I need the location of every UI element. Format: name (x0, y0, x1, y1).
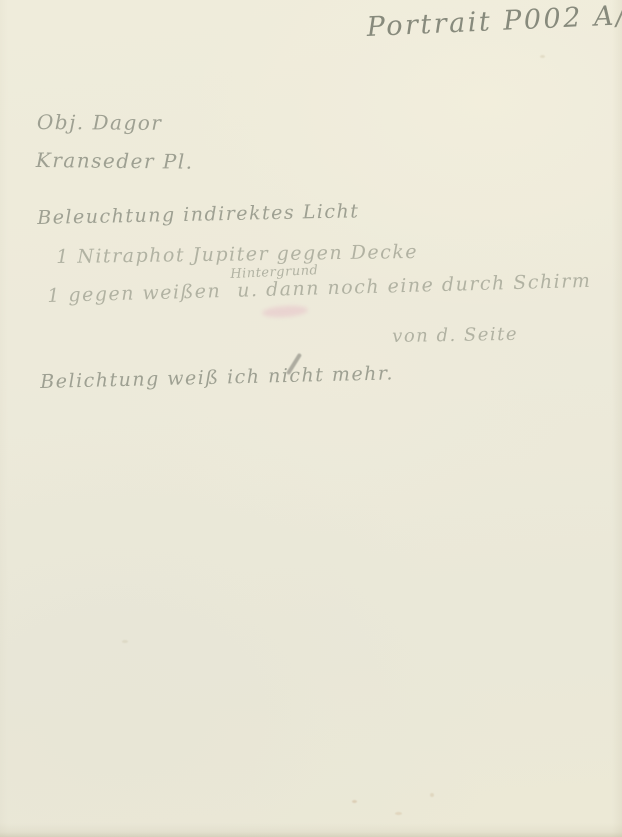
note-lamp-1: 1 Nitraphot Jupiter gegen Decke (56, 241, 418, 268)
note-lamp-2: 1 gegen weißenu. dann noch eine durch Sc… (47, 270, 592, 307)
paper-speck (122, 640, 128, 643)
paper-speck (395, 812, 402, 815)
note-lamp-2-part1: 1 gegen weißen (47, 280, 222, 307)
photo-back-scan: Portrait P002 A/B Obj. Dagor Kranseder P… (0, 0, 622, 837)
catalog-label: Portrait P002 A/B (366, 0, 622, 43)
paper-speck (430, 793, 434, 797)
pink-smudge-mark (262, 304, 309, 318)
note-exposure: Belichtung weiß ich nicht mehr. (40, 362, 394, 393)
note-plate: Kranseder Pl. (36, 148, 194, 174)
note-lighting: Beleuchtung indirektes Licht (37, 200, 360, 229)
paper-speck (352, 800, 357, 803)
paper-speck (540, 55, 545, 58)
note-lens: Obj. Dagor (37, 110, 163, 135)
note-lamp-2-continuation: von d. Seite (392, 324, 518, 347)
